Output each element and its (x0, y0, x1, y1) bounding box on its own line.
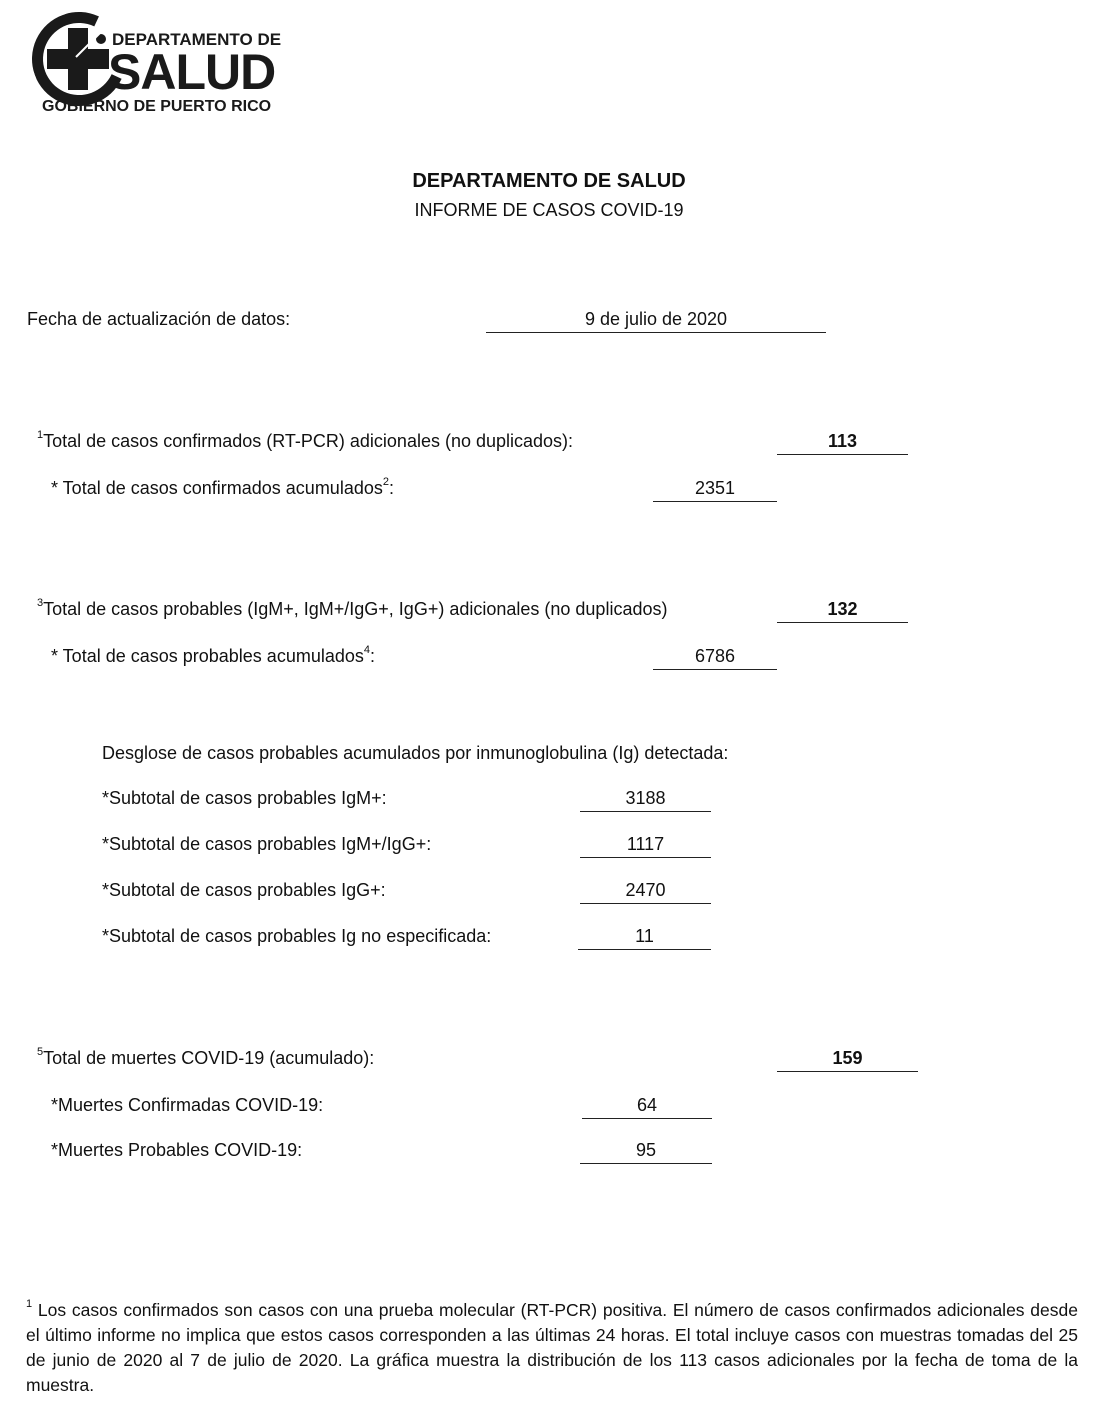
footnote-1: 1 Los casos confirmados son casos con un… (26, 1298, 1078, 1398)
confirmed-cumulative-label: * Total de casos confirmados acumulados2… (51, 477, 394, 499)
breakdown-heading: Desglose de casos probables acumulados p… (102, 742, 728, 764)
footnote-number: 1 (26, 1298, 32, 1310)
logo-bottom-text: GOBIERNO DE PUERTO RICO (42, 98, 271, 116)
deaths-confirmed-value: 64 (582, 1094, 712, 1119)
update-date-value: 9 de julio de 2020 (486, 308, 826, 333)
probable-cumulative-label: * Total de casos probables acumulados4: (51, 645, 375, 667)
breakdown-igm-label: *Subtotal de casos probables IgM+: (102, 787, 387, 809)
label-text: Total de muertes COVID-19 (acumulado): (43, 1048, 374, 1068)
breakdown-igm-value: 3188 (580, 787, 711, 812)
probable-additional-label: 3Total de casos probables (IgM+, IgM+/Ig… (37, 598, 667, 620)
deaths-probable-value: 95 (580, 1139, 712, 1164)
breakdown-unspecified-value: 11 (578, 925, 711, 950)
label-text: Total de casos probables (IgM+, IgM+/IgG… (43, 599, 667, 619)
report-subtitle: INFORME DE CASOS COVID-19 (0, 200, 1098, 221)
breakdown-igg-label: *Subtotal de casos probables IgG+: (102, 879, 386, 901)
probable-cumulative-value: 6786 (653, 645, 777, 670)
footnote-ref: 3 (37, 597, 43, 609)
deaths-probable-label: *Muertes Probables COVID-19: (51, 1139, 302, 1161)
probable-additional-value: 132 (777, 598, 908, 623)
label-text: Total de casos confirmados (RT-PCR) adic… (43, 431, 573, 451)
breakdown-igm-igg-label: *Subtotal de casos probables IgM+/IgG+: (102, 833, 431, 855)
breakdown-igg-value: 2470 (580, 879, 711, 904)
breakdown-igm-igg-value: 1117 (580, 833, 711, 858)
label-suffix: : (370, 646, 375, 666)
department-logo: DEPARTAMENTO DE SALUD GOBIERNO DE PUERTO… (30, 10, 290, 120)
deaths-total-label: 5Total de muertes COVID-19 (acumulado): (37, 1047, 374, 1069)
label-text: * Total de casos confirmados acumulados (51, 478, 383, 498)
footnote-text: Los casos confirmados son casos con una … (26, 1300, 1078, 1395)
label-text: * Total de casos probables acumulados (51, 646, 364, 666)
footnote-ref: 4 (364, 644, 370, 656)
deaths-total-value: 159 (777, 1047, 918, 1072)
label-suffix: : (389, 478, 394, 498)
logo-main-text: SALUD (108, 46, 275, 98)
breakdown-unspecified-label: *Subtotal de casos probables Ig no espec… (102, 925, 491, 947)
update-date-label: Fecha de actualización de datos: (27, 308, 290, 330)
deaths-confirmed-label: *Muertes Confirmadas COVID-19: (51, 1094, 323, 1116)
footnote-ref: 1 (37, 429, 43, 441)
footnote-ref: 5 (37, 1046, 43, 1058)
confirmed-additional-label: 1Total de casos confirmados (RT-PCR) adi… (37, 430, 573, 452)
confirmed-cumulative-value: 2351 (653, 477, 777, 502)
footnote-ref: 2 (383, 476, 389, 488)
confirmed-additional-value: 113 (777, 430, 908, 455)
report-title: DEPARTAMENTO DE SALUD (0, 170, 1098, 193)
